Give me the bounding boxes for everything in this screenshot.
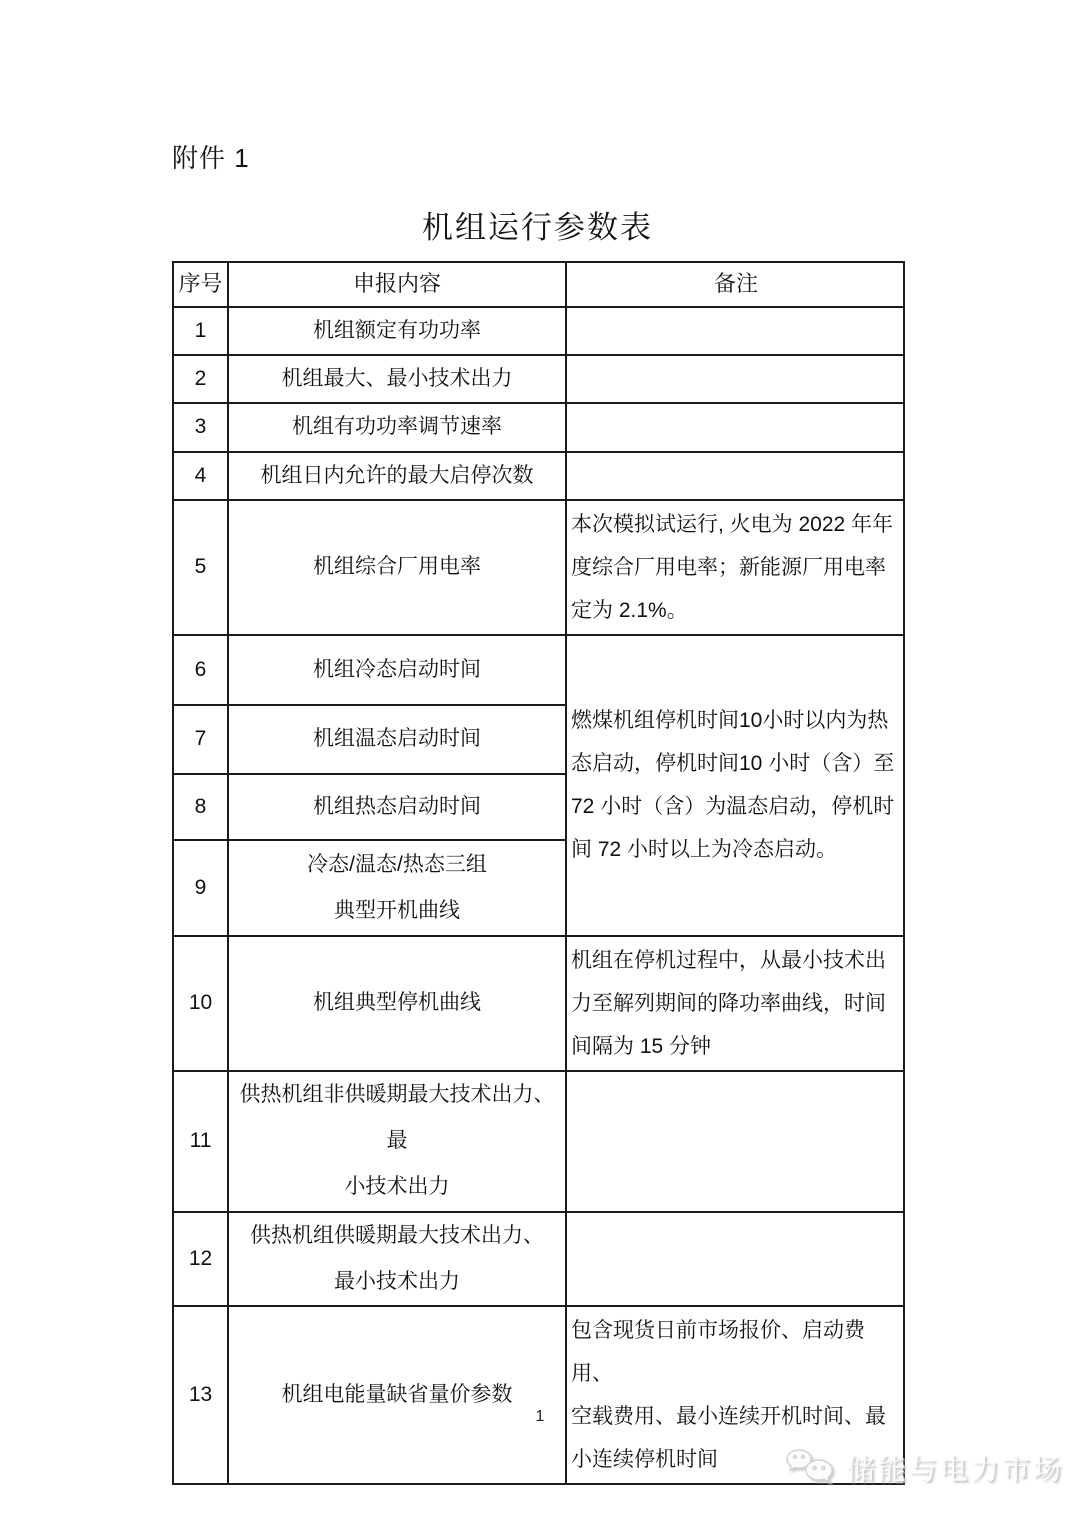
- header-remark: 备注: [566, 262, 904, 307]
- content-cell: 机组冷态启动时间: [228, 635, 566, 705]
- content-cell: 冷态/温态/热态三组 典型开机曲线: [228, 840, 566, 936]
- row-number-cell: 9: [173, 840, 228, 936]
- remark-cell: [566, 355, 904, 403]
- table-row: 4 机组日内允许的最大启停次数: [173, 452, 904, 500]
- watermark-text: 储能与电力市场: [847, 1448, 1064, 1488]
- header-no: 序号: [173, 262, 228, 307]
- content-cell: 机组温态启动时间: [228, 705, 566, 774]
- wechat-chat-bubbles-icon: [785, 1448, 837, 1488]
- page-number: 1: [0, 1408, 1080, 1426]
- content-cell: 供热机组非供暖期最大技术出力、最 小技术出力: [228, 1071, 566, 1212]
- remark-cell: 本次模拟试运行, 火电为 2022 年年 度综合厂用电率；新能源厂用电率 定为 …: [566, 500, 904, 635]
- table-row: 10 机组典型停机曲线 机组在停机过程中，从最小技术出 力至解列期间的降功率曲线…: [173, 936, 904, 1071]
- row-number-cell: 3: [173, 403, 228, 451]
- unit-operating-parameters-table: 序号 申报内容 备注 1 机组额定有功功率 2 机组最大、最小技术出力 3 机组…: [172, 261, 905, 1485]
- remark-cell: [566, 1212, 904, 1306]
- row-number-cell: 1: [173, 307, 228, 355]
- table-row: 11 供热机组非供暖期最大技术出力、最 小技术出力: [173, 1071, 904, 1212]
- content-cell: 机组电能量缺省量价参数: [228, 1306, 566, 1484]
- table-row: 12 供热机组供暖期最大技术出力、 最小技术出力: [173, 1212, 904, 1306]
- row-number-cell: 7: [173, 705, 228, 774]
- content-cell: 机组最大、最小技术出力: [228, 355, 566, 403]
- row-number-cell: 13: [173, 1306, 228, 1484]
- watermark: 储能与电力市场: [785, 1448, 1064, 1488]
- content-cell: 机组热态启动时间: [228, 774, 566, 840]
- remark-cell: [566, 403, 904, 451]
- row-number-cell: 12: [173, 1212, 228, 1306]
- merged-remark-cell-rows-6-9: 燃煤机组停机时间10小时以内为热 态启动，停机时间10 小时（含）至 72 小时…: [566, 635, 904, 936]
- table-row: 6 机组冷态启动时间 燃煤机组停机时间10小时以内为热 态启动，停机时间10 小…: [173, 635, 904, 705]
- table-row: 1 机组额定有功功率: [173, 307, 904, 355]
- row-number-cell: 6: [173, 635, 228, 705]
- remark-cell: [566, 1071, 904, 1212]
- content-cell: 供热机组供暖期最大技术出力、 最小技术出力: [228, 1212, 566, 1306]
- content-cell: 机组额定有功功率: [228, 307, 566, 355]
- table-row: 5 机组综合厂用电率 本次模拟试运行, 火电为 2022 年年 度综合厂用电率；…: [173, 500, 904, 635]
- row-number-cell: 10: [173, 936, 228, 1071]
- page-title: 机组运行参数表: [172, 202, 903, 247]
- row-number-cell: 4: [173, 452, 228, 500]
- content-cell: 机组典型停机曲线: [228, 936, 566, 1071]
- attachment-label: 附件 1: [172, 138, 250, 175]
- row-number-cell: 11: [173, 1071, 228, 1212]
- remark-cell: 机组在停机过程中，从最小技术出 力至解列期间的降功率曲线，时间 间隔为 15 分…: [566, 936, 904, 1071]
- header-content: 申报内容: [228, 262, 566, 307]
- content-cell: 机组综合厂用电率: [228, 500, 566, 635]
- table-header-row: 序号 申报内容 备注: [173, 262, 904, 307]
- row-number-cell: 8: [173, 774, 228, 840]
- table-row: 3 机组有功功率调节速率: [173, 403, 904, 451]
- row-number-cell: 2: [173, 355, 228, 403]
- document-page: 附件 1 机组运行参数表 序号 申报内容 备注 1 机组额定有功功率 2 机组最…: [0, 0, 1080, 1527]
- remark-cell: [566, 307, 904, 355]
- row-number-cell: 5: [173, 500, 228, 635]
- content-cell: 机组日内允许的最大启停次数: [228, 452, 566, 500]
- table-row: 2 机组最大、最小技术出力: [173, 355, 904, 403]
- content-cell: 机组有功功率调节速率: [228, 403, 566, 451]
- remark-cell: [566, 452, 904, 500]
